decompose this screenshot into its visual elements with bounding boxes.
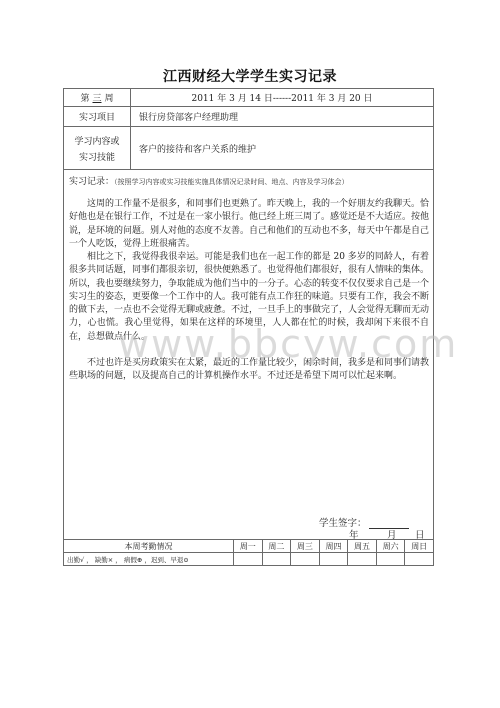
record-paragraph: 不过也许是买房政策实在太紧，最近的工作量比较少，闲余时间，我多是和同事们请教些职… [69,357,429,384]
signature-label: 学生签字： [319,518,367,529]
content-label-line1: 学习内容或 [64,134,130,147]
week-cell: 第三周 [64,89,131,107]
week-row: 第三周 2011 年 3 月 14 日------2011 年 3 月 20 日 [64,89,434,107]
week-number: 三 [89,94,104,104]
record-heading-label: 实习记录： [69,177,114,187]
document-title: 江西财经大学学生实习记录 [0,66,500,86]
day-header: 周二 [262,540,291,553]
attendance-mark-cell[interactable] [348,553,377,566]
content-label: 学习内容或 实习技能 [64,127,131,170]
day-header: 周日 [405,540,434,553]
day-header: 周六 [376,540,405,553]
content-value: 客户的接待和客户关系的维护 [131,127,434,170]
day-header: 周四 [319,540,348,553]
week-suffix: 周 [105,94,114,104]
record-paragraph: 这周的工作量不是很多，和同事们也更熟了。昨天晚上，我的一个好朋友约我聊天。恰好他… [69,198,429,251]
attendance-mark-cell[interactable] [376,553,405,566]
record-section: 实习记录：（按照学习内容或实习技能实施具体情况记录时间、地点、内容及学习体会） … [63,169,434,540]
attendance-mark-cell[interactable] [405,553,434,566]
attendance-mark-cell[interactable] [291,553,320,566]
attendance-mark-cell[interactable] [234,553,263,566]
day-header: 周五 [348,540,377,553]
date-range: 2011 年 3 月 14 日------2011 年 3 月 20 日 [131,89,434,107]
attendance-mark-cell[interactable] [319,553,348,566]
attendance-legend: 出勤√ ， 缺勤× ， 病假⊕ ，迟到、早退⊙ [64,553,234,566]
record-paragraph: 相比之下，我觉得我很幸运。可能是我们也在一起工作的都是 20 多岁的同龄人，有着… [69,251,429,344]
attendance-table: 本周考勤情况 周一 周二 周三 周四 周五 周六 周日 出勤√ ， 缺勤× ， … [63,539,434,566]
content-row: 学习内容或 实习技能 客户的接待和客户关系的维护 [64,127,434,170]
day-header: 周一 [234,540,263,553]
content-label-line2: 实习技能 [64,150,130,163]
record-heading: 实习记录：（按照学习内容或实习技能实施具体情况记录时间、地点、内容及学习体会） [69,174,349,187]
project-row: 实习项目 银行房贷部客户经理助理 [64,107,434,127]
header-table: 第三周 2011 年 3 月 14 日------2011 年 3 月 20 日… [63,88,434,170]
record-heading-note: （按照学习内容或实习技能实施具体情况记录时间、地点、内容及学习体会） [114,178,349,186]
day-header: 周三 [291,540,320,553]
attendance-header-row: 本周考勤情况 周一 周二 周三 周四 周五 周六 周日 [64,540,434,553]
attendance-title: 本周考勤情况 [64,540,234,553]
project-label: 实习项目 [64,107,131,127]
attendance-mark-row: 出勤√ ， 缺勤× ， 病假⊕ ，迟到、早退⊙ [64,553,434,566]
project-value: 银行房贷部客户经理助理 [131,107,434,127]
attendance-mark-cell[interactable] [262,553,291,566]
